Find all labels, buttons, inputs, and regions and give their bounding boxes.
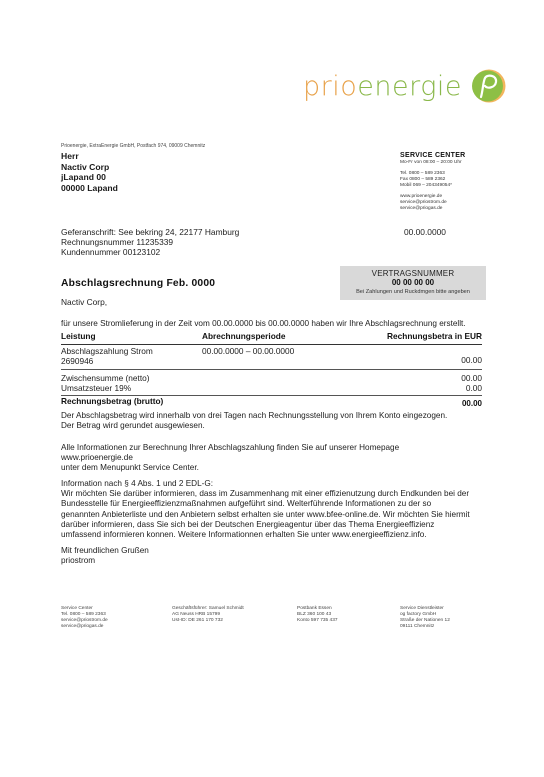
subtotal-label: Zwischensumme (netto) — [61, 373, 202, 383]
text-line: Bundesstelle für Energieeffizienzmaßnahm… — [61, 499, 470, 509]
table-row-subtotals: Zwischensumme (netto) Umsatzsteuer 19% 0… — [61, 370, 482, 396]
sender-line: Prioenergie, ExtraEnergie GmbH, Postfach… — [61, 143, 205, 149]
text-line: umfassend informieren konnen. Weitere In… — [61, 530, 470, 540]
delivery-address: Geferanschrift: See bekring 24, 22177 Ha… — [61, 227, 239, 237]
footer-bank-info: Postbank Essen BLZ 360 100 43 Konto 597 … — [297, 606, 338, 624]
subtotal-labels: Zwischensumme (netto) Umsatzsteuer 19% — [61, 373, 202, 395]
vat-amount: 0.00 — [352, 383, 482, 393]
closing-greeting: Mit freundlichen Grußen — [61, 546, 149, 556]
total-amount: 00.00 — [352, 396, 482, 408]
footer-service-center: Service Center Tel. 0800 – 589 2363 serv… — [61, 606, 108, 630]
header-period: Abrechnungsperiode — [202, 331, 352, 344]
footer-line: Ust-ID: DE 261 170 732 — [172, 618, 244, 624]
p-circle-logo-icon — [470, 68, 506, 104]
recipient-salutation: Herr — [61, 151, 118, 162]
vat-label: Umsatzsteuer 19% — [61, 383, 202, 393]
invoice-table: Leistung Abrechnungsperiode Rechnungsbet… — [61, 331, 482, 408]
item-amount: 00.00 — [352, 347, 482, 369]
footer-line: Konto 597 735 437 — [297, 618, 338, 624]
edlg-info-paragraph: Information nach § 4 Abs. 1 und 2 EDL-G:… — [61, 479, 470, 540]
contract-number-box: VERTRAGSNUMMER 00 00 00 00 Bei Zahlungen… — [340, 266, 486, 300]
contract-number: 00 00 00 00 — [340, 278, 486, 287]
item-period: 00.00.0000 – 00.00.0000 — [202, 347, 352, 369]
homepage-info-paragraph: Alle Informationen zur Berechnung Ihrer … — [61, 443, 399, 474]
item-desc-line2: 2690946 — [61, 357, 202, 367]
logo-energie: energie — [357, 71, 462, 102]
recipient-city: 00000 Lapand — [61, 183, 118, 194]
document-title: Abschlagsrechnung Feb. 0000 — [61, 278, 215, 289]
footer-email-link[interactable]: service@priogas.de — [61, 624, 108, 630]
recipient-street: jLapand 00 — [61, 172, 118, 183]
debit-info-paragraph: Der Abschlagsbetrag wird innerhalb von d… — [61, 411, 447, 431]
invoice-date: 00.00.0000 — [404, 227, 446, 237]
closing: Mit freundlichen Grußen priostrom — [61, 546, 149, 566]
invoice-references: Geferanschrift: See bekring 24, 22177 Ha… — [61, 227, 239, 258]
service-center-title: SERVICE CENTER — [400, 152, 466, 160]
customer-number: Kundennummer 00123102 — [61, 247, 239, 257]
company-logo: prioenergie — [303, 66, 506, 106]
text-line: unter dem Menupunkt Service Center. — [61, 463, 399, 473]
table-header: Leistung Abrechnungsperiode Rechnungsbet… — [61, 331, 482, 345]
text-line: genannten Anbieterliste und den Anbieter… — [61, 510, 470, 520]
recipient-address: Herr Nactiv Corp jLapand 00 00000 Lapand — [61, 151, 118, 193]
closing-signature: priostrom — [61, 556, 149, 566]
recipient-name: Nactiv Corp — [61, 162, 118, 173]
text-line: Information nach § 4 Abs. 1 und 2 EDL-G: — [61, 479, 470, 489]
homepage-link[interactable]: www.prioenergie.de — [61, 453, 399, 463]
text-line: Wir möchten Sie darüber informieren, das… — [61, 489, 470, 499]
service-center-block: SERVICE CENTER Mo-Fr von 08:00 – 20:00 U… — [400, 152, 466, 212]
contract-label: VERTRAGSNUMMER — [340, 269, 486, 278]
header-amount: Rechnungsbetra in EUR — [352, 331, 482, 344]
footer-line: 09111 Chemnitz — [400, 624, 450, 630]
empty-cell — [202, 373, 352, 395]
invoice-number: Rechnungsnummer 11235339 — [61, 237, 239, 247]
table-row: Abschlagszahlung Strom 2690946 00.00.000… — [61, 345, 482, 370]
text-line: darüber informieren, dass Sie sich bei d… — [61, 520, 470, 530]
subtotal-amount: 00.00 — [352, 373, 482, 383]
text-line: Der Abschlagsbetrag wird innerhalb von d… — [61, 411, 447, 421]
total-label: Rechnungsbetrag (brutto) — [61, 396, 352, 408]
item-description: Abschlagszahlung Strom 2690946 — [61, 347, 202, 369]
header-leistung: Leistung — [61, 331, 202, 344]
text-line: Der Betrag wird gerundet ausgewiesen. — [61, 421, 447, 431]
intro-text: für unsere Stromlieferung in der Zeit vo… — [61, 319, 466, 328]
service-email-link[interactable]: service@priogas.de — [400, 206, 466, 212]
logo-prio: prio — [303, 71, 357, 102]
footer-company-info: Geschäftsführer: Samuel Schmidt AG Neuss… — [172, 606, 244, 624]
service-hours: Mo-Fr von 08:00 – 20:00 Uhr — [400, 160, 466, 166]
subtotal-amounts: 00.00 0.00 — [352, 373, 482, 395]
footer-service-provider: Service Dienstleister og factory GmbH St… — [400, 606, 450, 630]
contract-note: Bei Zahlungen und Ruckdmgen bitte angebe… — [340, 289, 486, 295]
salutation: Nactiv Corp, — [61, 297, 107, 307]
table-row-total: Rechnungsbetrag (brutto) 00.00 — [61, 396, 482, 408]
logo-wordmark: prioenergie — [303, 71, 462, 102]
text-line: Alle Informationen zur Berechnung Ihrer … — [61, 443, 399, 453]
